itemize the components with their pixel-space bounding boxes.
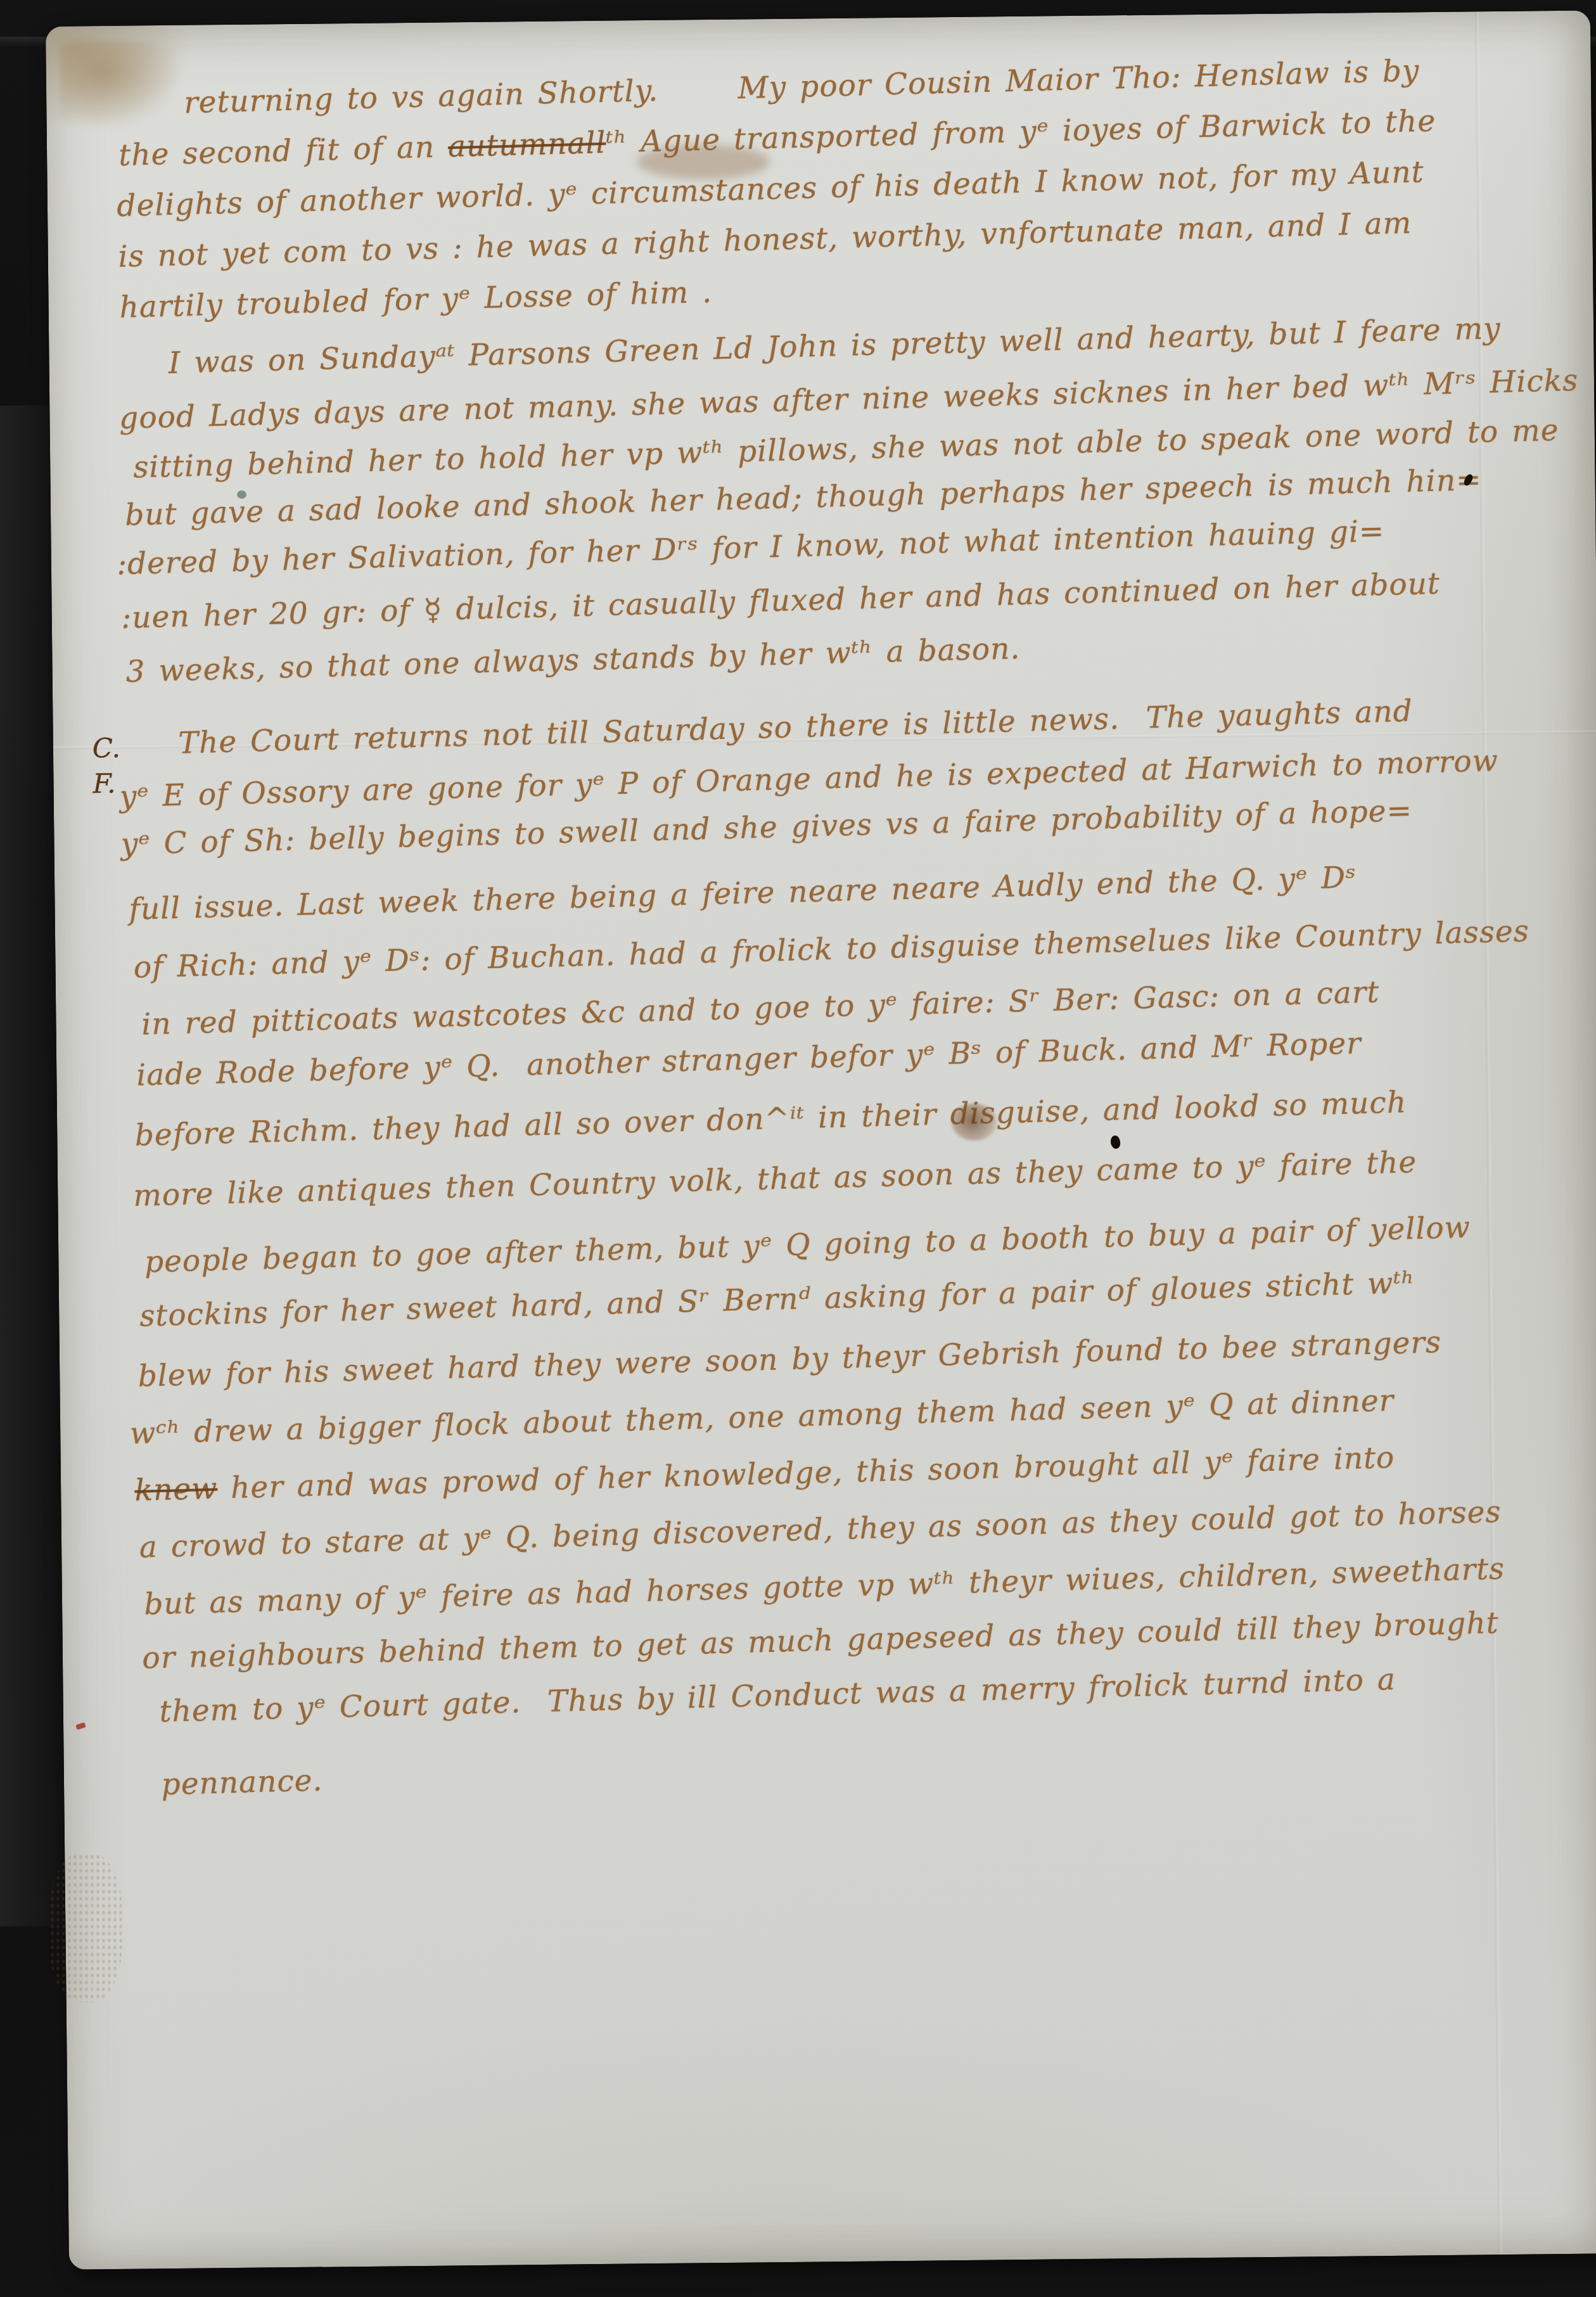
struck-word: knew [134, 1471, 218, 1508]
manuscript-text-layer: returning to vs again Shortly. My poor C… [46, 0, 1596, 2270]
manuscript-line: full issue. Last week there being a feir… [129, 859, 1357, 929]
manuscript-line: pennance. [161, 1762, 323, 1804]
manuscript-line: blew for his sweet hard they were soon b… [137, 1324, 1442, 1396]
struck-word: autumnall [447, 125, 606, 165]
manuscript-line: 3 weeks, so that one always stands by he… [125, 630, 1021, 691]
manuscript-line: knew her and was prowd of her knowledge,… [134, 1439, 1395, 1510]
manuscript-page: C. F. returning to vs again Shortly. My … [46, 10, 1596, 2269]
manuscript-line: before Richm. they had all so over don^ⁱ… [134, 1084, 1407, 1155]
photograph-stage: C. F. returning to vs again Shortly. My … [0, 0, 1596, 2297]
manuscript-line: more like antiques then Country volk, th… [133, 1144, 1417, 1215]
manuscript-line: wᶜʰ drew a bigger flock about them, one … [129, 1382, 1395, 1453]
manuscript-line: hartily troubled for yᵉ Losse of him . [119, 273, 713, 326]
